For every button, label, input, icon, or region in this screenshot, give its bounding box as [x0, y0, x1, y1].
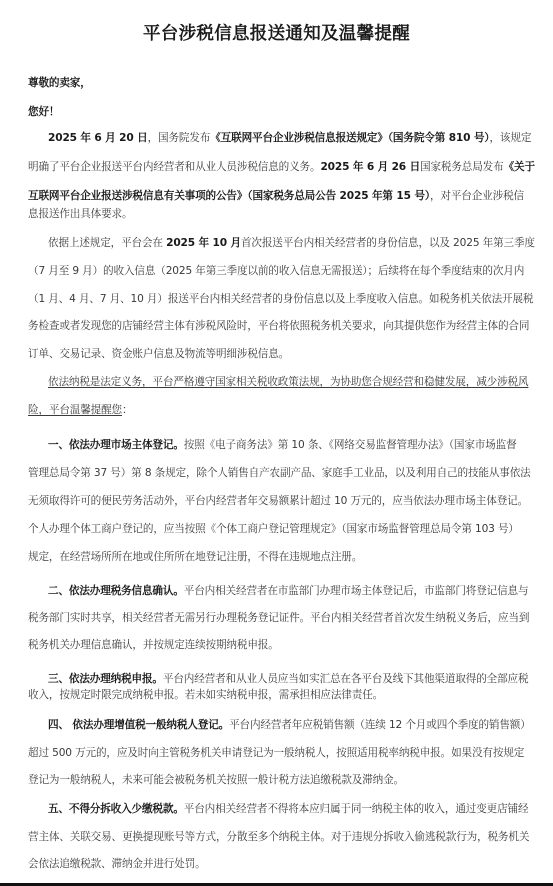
section-4-line-2: 超过 500 万元的，应及时向主管税务机关申请登记为一般纳税人，按照适用税率纳税… [28, 746, 498, 760]
paragraph-2-line-1: 依据上述规定，平台会在 2025 年 10 月首次报送平台内相关经营者的身份信息… [48, 236, 518, 250]
section-1-line-2: 管理总局令第 37 号）第 8 条规定，除个人销售自产农副产品、家庭手工业品，以… [28, 466, 498, 480]
section-3-line-1: 三、依法办理纳税申报。平台内经营者和从业人员应当如实汇总在各平台及线下其他渠道取… [48, 672, 518, 686]
paragraph-1-line-1: 2025 年 6 月 20 日，国务院发布《互联网平台企业涉税信息报送规定》（国… [48, 131, 518, 145]
notice-document: 平台涉税信息报送通知及温馨提醒 尊敬的卖家， 您好！ 2025 年 6 月 20… [0, 0, 553, 886]
document-title: 平台涉税信息报送通知及温馨提醒 [0, 20, 553, 45]
section-4-line-1: 四、 依法办理增值税一般纳税人登记。平台内经营者年应税销售额（连续 12 个月或… [48, 718, 518, 732]
paragraph-2-line-4: 务检查或者发现您的店铺经营主体有涉税风险时，平台将依照税务机关要求，向其提供您作… [28, 319, 498, 333]
section-2-line-1: 二、依法办理税务信息确认。平台内相关经营者在市监部门办理市场主体登记后，市监部门… [48, 584, 518, 598]
paragraph-1-line-3: 互联网平台企业报送涉税信息有关事项的公告》（国家税务总局公告 2025 年第 1… [28, 189, 498, 203]
paragraph-2-line-2: （7 月至 9 月）的收入信息（2025 年第三季度以前的收入信息无需报送）；后… [28, 264, 498, 278]
section-1-line-5: 规定，在经营场所所在地或住所所在地登记注册，不得在违规地点注册。 [28, 550, 498, 564]
reminder-intro-line-1: 依法纳税是法定义务，平台严格遵守国家相关税收政策法规，为协助您合规经营和稳健发展… [48, 375, 518, 389]
section-1-line-4: 个人办理个体工商户登记的，应当按照《个体工商户登记管理规定》（国家市场监督管理总… [28, 522, 498, 536]
section-2-line-2: 税务部门实时共享，相关经营者无需另行办理税务登记证件。平台内相关经营者首次发生纳… [28, 611, 498, 625]
section-4-line-3: 登记为一般纳税人，未来可能会被税务机关按照一般计税方法追缴税款及滞纳金。 [28, 773, 498, 787]
section-3-line-2: 收入，按规定时限完成纳税申报。若未如实纳税申报，需承担相应法律责任。 [28, 688, 498, 702]
reminder-intro-line-2: 险，平台温馨提醒您： [28, 403, 498, 417]
paragraph-1-line-2: 明确了平台企业报送平台内经营者和从业人员涉税信息的义务。2025 年 6 月 2… [28, 160, 498, 174]
section-1-line-3: 无须取得许可的便民劳务活动外，平台内经营者年交易额累计超过 10 万元的，应当依… [28, 494, 498, 508]
paragraph-2-line-5: 订单、交易记录、资金账户信息及物流等明细涉税信息。 [28, 347, 498, 361]
section-5-line-2: 营主体、关联交易、更换提现账号等方式，分散至多个纳税主体。对于违规分拆收入偷逃税… [28, 830, 498, 844]
salutation: 尊敬的卖家， [28, 76, 498, 90]
section-1-line-1: 一、依法办理市场主体登记。按照《电子商务法》第 10 条、《网络交易监督管理办法… [48, 438, 518, 452]
section-2-line-3: 税务机关办理信息确认，并按规定连续按期纳税申报。 [28, 638, 498, 652]
paragraph-1-line-4: 息报送作出具体要求。 [28, 207, 498, 221]
section-5-line-1: 五、不得分拆收入少缴税款。平台内相关经营者不得将本应归属于同一纳税主体的收入，通… [48, 802, 518, 816]
greeting: 您好！ [28, 105, 498, 119]
paragraph-2-line-3: （1 月、4 月、7 月、10 月）报送平台内相关经营者的身份信息以及上季度收入… [28, 292, 498, 306]
section-5-line-3: 会依法追缴税款、滞纳金并进行处罚。 [28, 857, 498, 871]
